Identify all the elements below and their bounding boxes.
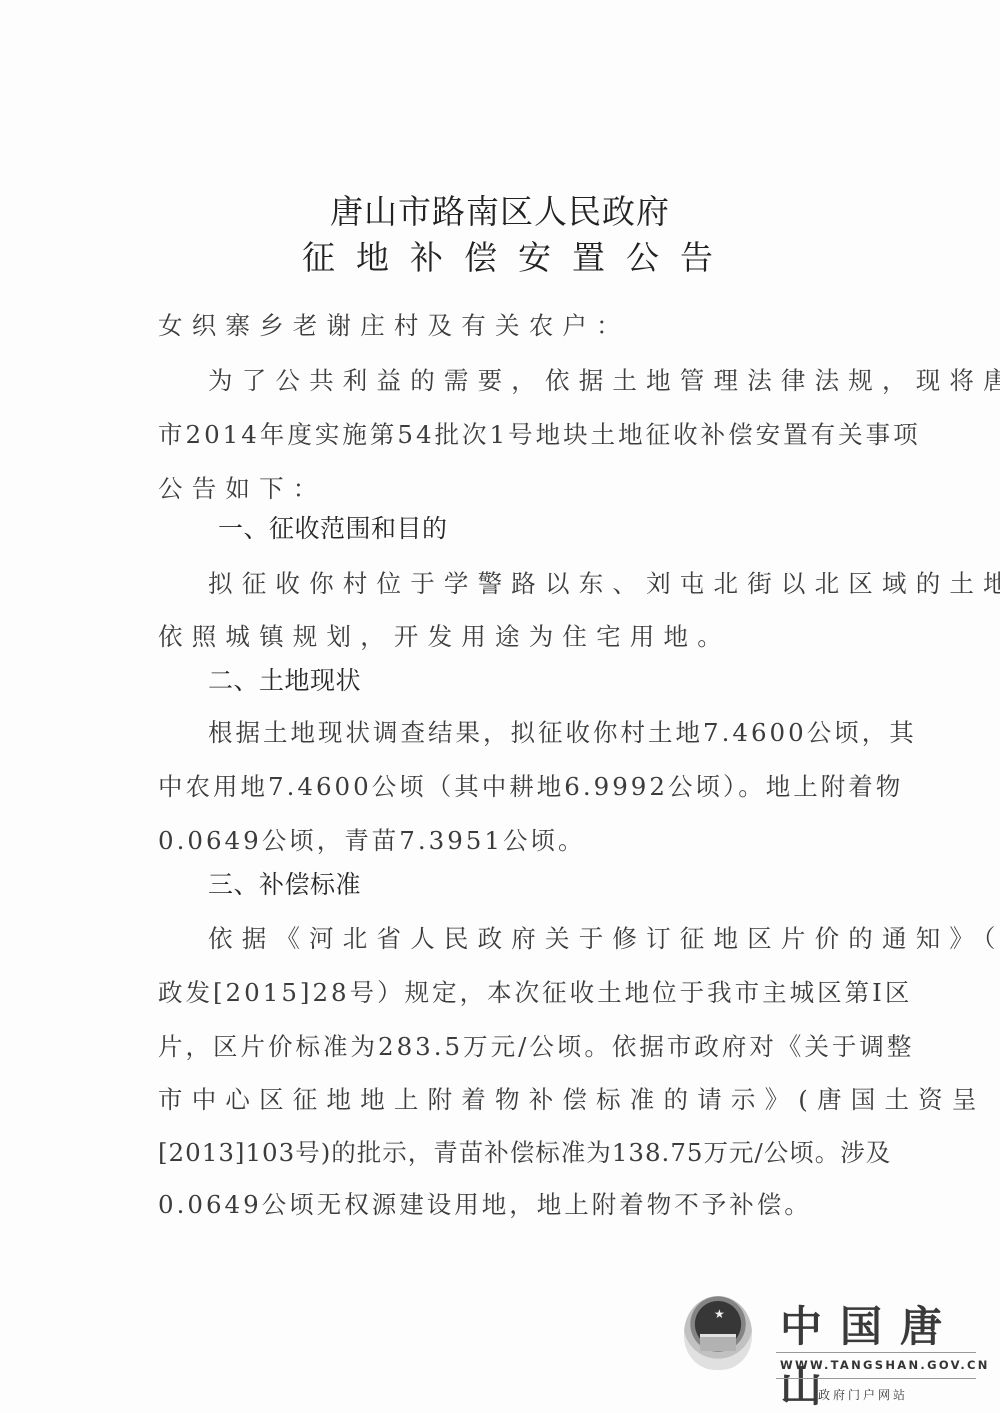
intro-line-2: 市2014年度实施第54批次1号地块土地征收补偿安置有关事项: [158, 420, 860, 450]
section-heading-2: 二、土地现状: [208, 666, 361, 696]
section3-line-6: 0.0649公顷无权源建设用地，地上附着物不予补偿。: [158, 1190, 860, 1220]
section2-line-2: 中农用地7.4600公顷（其中耕地6.9992公顷）。地上附着物: [158, 772, 860, 802]
star-icon: ★: [714, 1308, 725, 1320]
intro-line-1: 为了公共利益的需要，依据土地管理法律法规，现将唐山: [208, 366, 860, 396]
section3-line-1: 依据《河北省人民政府关于修订征地区片价的通知》（冀: [208, 924, 860, 954]
section3-line-4: 市中心区征地地上附着物补偿标准的请示》(唐国土资呈: [158, 1085, 860, 1115]
watermark-subtitle: 政府门户网站: [818, 1386, 908, 1403]
national-emblem-icon: ★: [684, 1296, 752, 1370]
section1-line-2: 依照城镇规划，开发用途为住宅用地。: [158, 622, 860, 652]
watermark-rule-top: [776, 1352, 976, 1353]
tiananmen-gate-icon: [700, 1334, 736, 1351]
section2-line-3: 0.0649公顷，青苗7.3951公顷。: [158, 826, 860, 856]
salutation: 女织寨乡老谢庄村及有关农户：: [158, 311, 860, 341]
document-page: 唐山市路南区人民政府 征地补偿安置公告 女织寨乡老谢庄村及有关农户： 为了公共利…: [0, 0, 1000, 1413]
section3-line-3: 片，区片价标准为283.5万元/公顷。依据市政府对《关于调整: [158, 1032, 860, 1062]
document-title-line1: 唐山市路南区人民政府: [0, 186, 1000, 233]
section2-line-1: 根据土地现状调查结果，拟征收你村土地7.4600公顷，其: [208, 718, 860, 748]
tangshan-gov-watermark: ★ 中国唐山 WWW.TANGSHAN.GOV.CN 政府门户网站: [680, 1290, 980, 1405]
section-heading-3: 三、补偿标准: [208, 870, 361, 900]
section3-line-2: 政发[2015]28号）规定，本次征收土地位于我市主城区第Ⅰ区: [158, 978, 860, 1008]
section1-line-1: 拟征收你村位于学警路以东、刘屯北街以北区域的土地。: [208, 569, 860, 599]
section-heading-1: 一、征收范围和目的: [218, 514, 448, 544]
section3-line-5: [2013]103号)的批示，青苗补偿标准为138.75万元/公顷。涉及: [158, 1138, 860, 1168]
intro-line-3: 公告如下：: [158, 474, 860, 504]
watermark-rule-bottom: [776, 1378, 976, 1379]
document-title-line2: 征地补偿安置公告: [0, 232, 1000, 279]
watermark-url: WWW.TANGSHAN.GOV.CN: [780, 1358, 990, 1372]
